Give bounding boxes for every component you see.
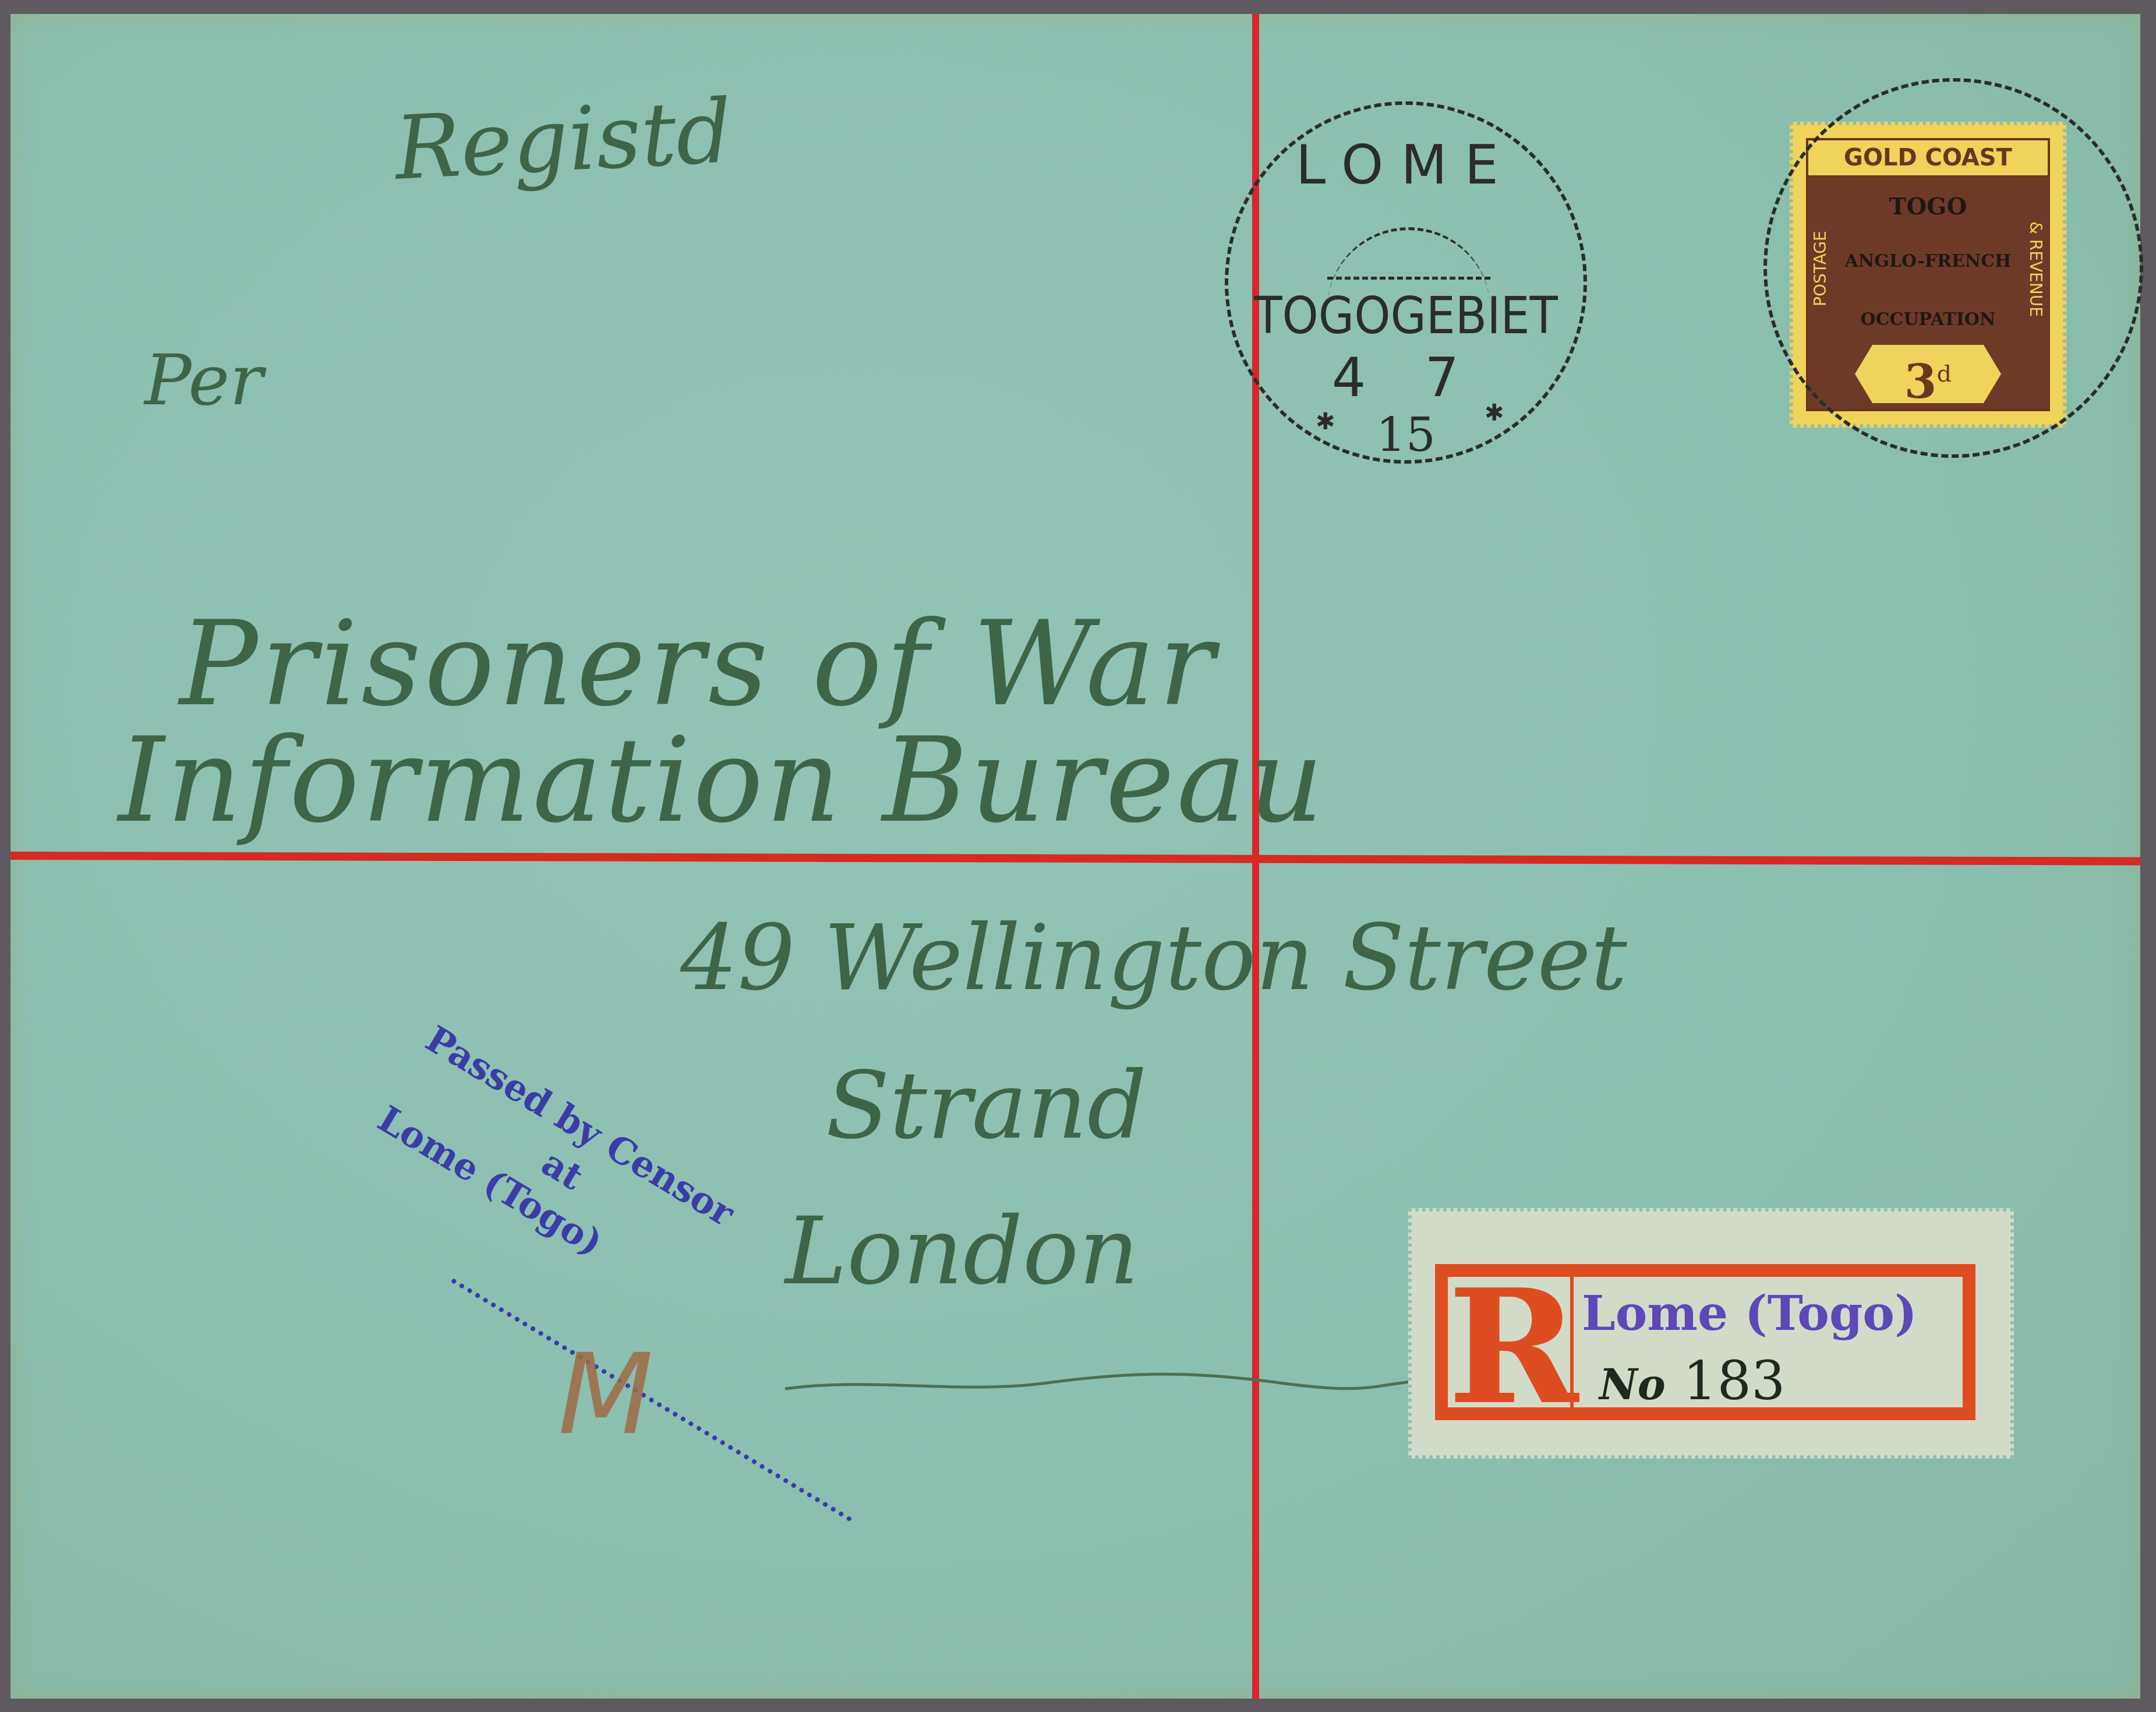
registration-place: Lome (Togo) xyxy=(1582,1286,1917,1342)
address-line-1: Prisoners of War xyxy=(179,596,1218,732)
london-underline-icon xyxy=(785,1365,1426,1400)
envelope: Registd Per Prisoners of War Information… xyxy=(10,14,2140,1699)
postmark-territory: TOGOGEBIET xyxy=(1228,285,1584,345)
postmark-star-icon: ✱ xyxy=(1485,399,1504,426)
censor-handstamp: Passed by Censor at Lome (Togo) xyxy=(369,1016,743,1316)
route-note: Per xyxy=(144,340,263,421)
address-line-3: 49 Wellington Street xyxy=(680,905,1627,1011)
postmark-star-icon: ✱ xyxy=(1316,408,1335,435)
address-line-2: Information Bureau xyxy=(118,713,1326,849)
number-prefix: No xyxy=(1599,1360,1666,1409)
registration-line-horizontal xyxy=(10,852,2140,866)
postmark-year: 15 xyxy=(1228,408,1584,462)
registration-label-frame: R Lome (Togo) No183 xyxy=(1435,1264,1975,1420)
postmark-date: 4 7 xyxy=(1228,347,1584,409)
address-line-4: Strand xyxy=(826,1051,1147,1160)
registered-note: Registd xyxy=(393,81,734,200)
lome-postmark: LOME TOGOGEBIET 4 7 15 ✱ ✱ xyxy=(1225,101,1587,464)
stamp-cancel-postmark xyxy=(1763,78,2143,458)
registration-label: R Lome (Togo) No183 xyxy=(1408,1208,2014,1459)
registration-number: No183 xyxy=(1599,1350,1785,1412)
registration-letter: R xyxy=(1448,1277,1574,1407)
postmark-town: LOME xyxy=(1228,134,1584,196)
address-line-5: London xyxy=(785,1196,1139,1305)
number-value: 183 xyxy=(1683,1350,1786,1412)
crayon-mark: M xyxy=(558,1330,653,1459)
postmark-bar xyxy=(1327,277,1490,280)
